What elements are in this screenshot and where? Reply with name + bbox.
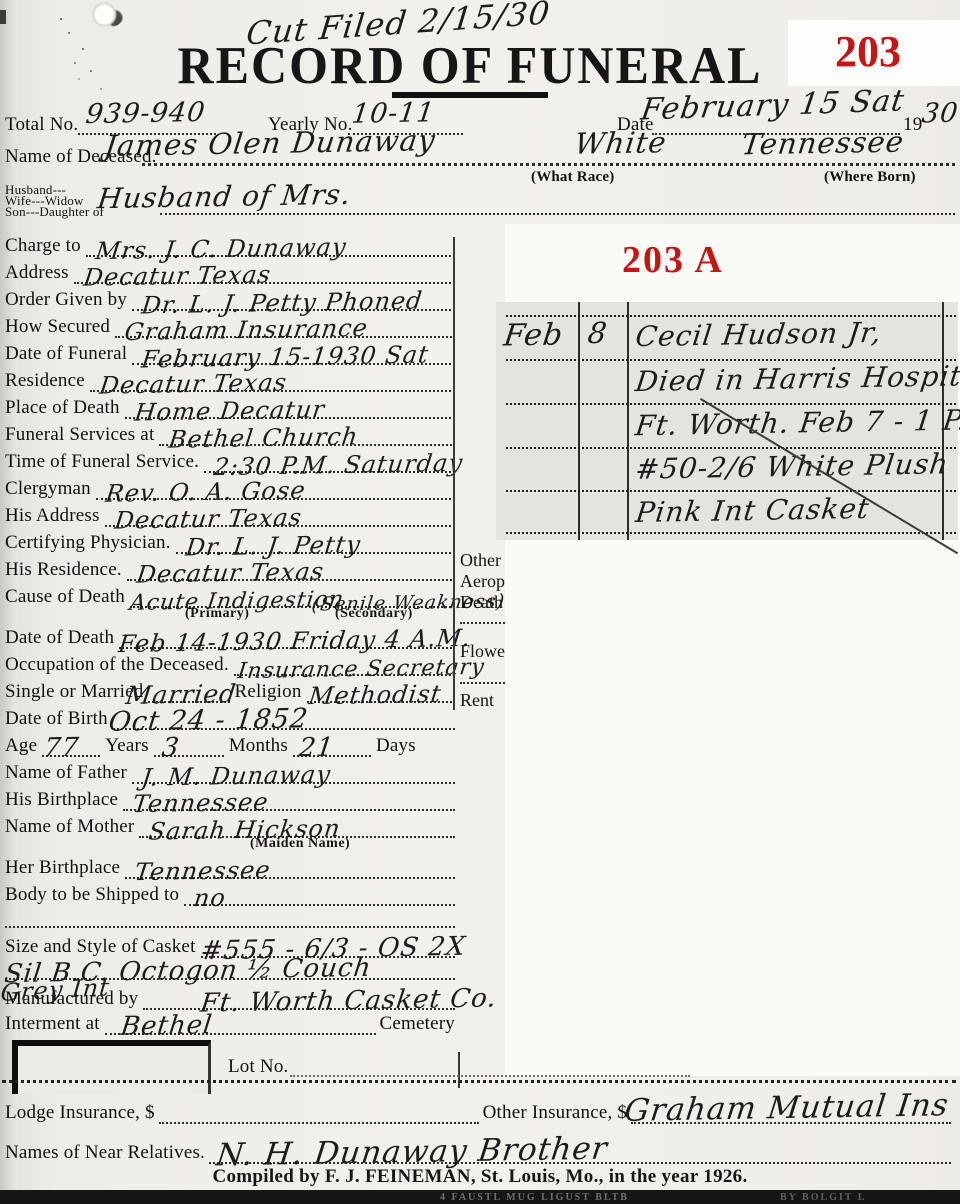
dotted-leader: Graham Mutual Ins bbox=[631, 1098, 951, 1124]
compiled-by-line: Compiled by F. J. FEINEMAN, St. Louis, M… bbox=[0, 1166, 960, 1188]
edge-strip-text-left: 4 FAUSTL MUG LIGUST BLTB bbox=[440, 1192, 629, 1203]
other-insurance-value: Graham Mutual Ins bbox=[623, 1087, 951, 1129]
field-label: Occupation of the Deceased. bbox=[5, 654, 229, 676]
occupation-row: Occupation of the Deceased. Insurance Se… bbox=[5, 649, 455, 676]
dotted-leader: Oct 24 - 1852 bbox=[113, 701, 455, 730]
dotted-leader: Graham Insurance bbox=[115, 309, 455, 338]
interment-value: Bethel bbox=[119, 1010, 214, 1042]
casket-interior-overlay: Grey Int bbox=[0, 973, 111, 1007]
dotted-leader: 3 bbox=[154, 728, 224, 757]
dotted-leader: N. H. Dunaway Brother bbox=[209, 1138, 951, 1164]
field-label: Place of Death bbox=[5, 397, 120, 419]
field-label: Order Given by bbox=[5, 289, 127, 311]
inset-dotted-6 bbox=[506, 532, 956, 534]
field-label: His Residence. bbox=[5, 559, 122, 581]
field-label: His Birthplace bbox=[5, 789, 118, 811]
inset-dotted-5 bbox=[506, 490, 956, 492]
field-label: Date of Birth bbox=[5, 708, 108, 730]
corner-mark bbox=[0, 10, 6, 24]
dotted-leader: February 15-1930 Sat bbox=[132, 336, 455, 365]
field-label: Time of Funeral Service. bbox=[5, 451, 199, 473]
marital-label: Single or Married bbox=[5, 681, 143, 703]
dotted-leader: Home Decatur bbox=[125, 390, 455, 419]
form-field-row: Funeral Services atBethel Church bbox=[5, 419, 455, 446]
lodge-insurance-label: Lodge Insurance, $ bbox=[5, 1102, 155, 1124]
relation-label-son: Son---Daughter of bbox=[5, 206, 104, 217]
cause-of-death-row: Cause of Death Acute Indigestion (Senile… bbox=[5, 581, 455, 608]
date-of-death-row: Date of Death Feb 14-1930 Friday 4 A.M. bbox=[5, 622, 455, 649]
dotted-leader: Tennessee bbox=[123, 782, 455, 811]
field-label: Interment at bbox=[5, 1013, 100, 1035]
funeral-record-scan: Cut Filed 2/15/30 203 RECORD OF FUNERAL … bbox=[0, 0, 960, 1204]
field-label: Body to be Shipped to bbox=[5, 884, 179, 906]
born-value: Tennessee bbox=[740, 125, 906, 162]
total-no-value: 939-940 bbox=[84, 97, 207, 130]
form-field-row: ResidenceDecatur Texas bbox=[5, 365, 455, 392]
form-field-row: ClergymanRev. O. A. Gose bbox=[5, 473, 455, 500]
interment-row: Interment at Bethel Cemetery bbox=[5, 1010, 455, 1035]
rows-parents: Name of FatherJ. M. DunawayHis Birthplac… bbox=[5, 757, 455, 906]
other-insurance-label: Other Insurance, $ bbox=[483, 1102, 627, 1124]
religion-label: Religion bbox=[234, 681, 301, 703]
dotted-leader: Married bbox=[148, 674, 230, 703]
dotted-leader: Mrs. J. C. Dunaway bbox=[86, 228, 455, 257]
field-label: Date of Funeral bbox=[5, 343, 127, 365]
insurance-row: Lodge Insurance, $ Other Insurance, $ Gr… bbox=[5, 1100, 955, 1124]
field-label: His Address bbox=[5, 505, 100, 527]
dotted-leader: no bbox=[184, 877, 455, 906]
age-label: Age bbox=[5, 735, 37, 757]
form-field-row: Name of MotherSarah Hickson bbox=[5, 811, 455, 838]
form-field-row: Body to be Shipped tono bbox=[5, 879, 455, 906]
inset-entry-text: Died in Harris Hospital bbox=[634, 359, 960, 398]
cemetery-label: Cemetery bbox=[380, 1013, 455, 1035]
empty-plot-box bbox=[12, 1040, 211, 1094]
inset-dotted-1 bbox=[506, 315, 956, 317]
dotted-leader: Bethel bbox=[105, 1008, 376, 1035]
form-field-row: His Residence.Decatur Texas bbox=[5, 554, 455, 581]
dotted-leader: Bethel Church bbox=[159, 417, 455, 446]
inset-entry-text: Ft. Worth. Feb 7 - 1 P.M. bbox=[634, 403, 960, 442]
total-no-label: Total No. bbox=[5, 114, 78, 136]
edge-strip-text-right: BY BOLGIT L bbox=[780, 1192, 866, 1203]
inset-entry-text: Pink Int Casket bbox=[634, 492, 872, 529]
dotted-leader: Ft. Worth Casket Co. bbox=[143, 978, 455, 1010]
marital-religion-row: Single or Married Married Religion Metho… bbox=[5, 676, 455, 703]
relation-value: Husband of Mrs. bbox=[96, 178, 353, 215]
form-field-row: Name of FatherJ. M. Dunaway bbox=[5, 757, 455, 784]
form-field-row: Her BirthplaceTennessee bbox=[5, 852, 455, 879]
year-written: 30 bbox=[920, 98, 960, 130]
age-row: Age 77 Years 3 Months 21 Days bbox=[5, 730, 455, 757]
blank-dotted-row bbox=[5, 906, 455, 928]
form-fragment-text: Rent bbox=[460, 690, 494, 711]
relatives-row: Names of Near Relatives. N. H. Dunaway B… bbox=[5, 1140, 955, 1164]
section-dotted-rule bbox=[2, 1072, 956, 1083]
casket-row: Size and Style of Casket #555 - 6/3 - OS… bbox=[5, 928, 455, 958]
dotted-leader bbox=[159, 1098, 479, 1124]
field-label: Cause of Death bbox=[5, 586, 125, 608]
months-label: Months bbox=[229, 735, 288, 757]
fragment-dotted-1 bbox=[460, 608, 505, 624]
inset-rule-2 bbox=[627, 302, 629, 540]
years-label: Years bbox=[105, 735, 148, 757]
form-field-row: Certifying Physician.Dr. L. J. Petty bbox=[5, 527, 455, 554]
inset-table: Feb8Cecil Hudson Jr,Died in Harris Hospi… bbox=[496, 302, 958, 540]
field-label: Residence bbox=[5, 370, 85, 392]
date-of-birth-row: Date of Birth Oct 24 - 1852 bbox=[5, 703, 455, 730]
form-fragment-text: Aerop bbox=[460, 571, 505, 592]
form-field-row: How SecuredGraham Insurance bbox=[5, 311, 455, 338]
form-fragment-text: Flowe bbox=[460, 641, 505, 662]
field-label: Name of Mother bbox=[5, 816, 134, 838]
form-field-row: Time of Funeral Service.2:30 P.M. Saturd… bbox=[5, 446, 455, 473]
dotted-leader: Sarah Hickson bbox=[139, 809, 455, 838]
field-label: Certifying Physician. bbox=[5, 532, 171, 554]
scan-edge-strip: 4 FAUSTL MUG LIGUST BLTB BY BOLGIT L bbox=[0, 1190, 960, 1204]
inset-number-stamp: 203 A bbox=[622, 238, 724, 282]
punch-hole bbox=[90, 2, 124, 28]
field-label: Funeral Services at bbox=[5, 424, 154, 446]
dotted-leader: 2:30 P.M. Saturday bbox=[204, 444, 455, 473]
field-label: Charge to bbox=[5, 235, 81, 257]
column-divider-rule bbox=[453, 237, 455, 710]
form-field-row: Charge toMrs. J. C. Dunaway bbox=[5, 230, 455, 257]
field-label: Size and Style of Casket bbox=[5, 936, 196, 958]
inset-entry-text: Cecil Hudson Jr, bbox=[634, 316, 884, 353]
deceased-name-value: James Olen Dunaway bbox=[103, 123, 438, 163]
dotted-leader: Acute Indigestion (Senile Weakness) bbox=[130, 579, 455, 608]
form-field-row: His AddressDecatur Texas bbox=[5, 500, 455, 527]
inset-rule-1 bbox=[578, 302, 580, 540]
days-label: Days bbox=[376, 735, 416, 757]
dotted-leader: 21 bbox=[293, 728, 371, 757]
inset-month-value: Feb bbox=[502, 317, 566, 353]
manufactured-row: Grey Int Manufactured by Ft. Worth Caske… bbox=[5, 980, 455, 1010]
dotted-leader: Decatur Texas bbox=[74, 255, 455, 284]
form-field-row: His BirthplaceTennessee bbox=[5, 784, 455, 811]
form-fields-column: Charge toMrs. J. C. DunawayAddressDecatu… bbox=[5, 230, 455, 1035]
rows-top: Charge toMrs. J. C. DunawayAddressDecatu… bbox=[5, 230, 455, 581]
relatives-label: Names of Near Relatives. bbox=[5, 1142, 205, 1164]
dotted-leader: Decatur Texas bbox=[127, 552, 455, 581]
dotted-leader bbox=[5, 904, 455, 928]
form-field-row: Place of DeathHome Decatur bbox=[5, 392, 455, 419]
dotted-leader: Dr. L. J. Petty bbox=[176, 525, 455, 554]
dotted-leader: Feb 14-1930 Friday 4 A.M. bbox=[119, 620, 455, 649]
dotted-leader: Decatur Texas bbox=[105, 498, 455, 527]
born-sublabel: (Where Born) bbox=[824, 166, 916, 188]
form-fragment-text: Other bbox=[460, 550, 501, 571]
dotted-leader: 77 bbox=[42, 728, 100, 757]
dotted-leader: Insurance Secretary bbox=[234, 647, 455, 676]
dotted-leader: Rev. O. A. Gose bbox=[96, 471, 455, 500]
field-label: Address bbox=[5, 262, 69, 284]
dotted-leader: J. M. Dunaway bbox=[132, 755, 455, 784]
dotted-leader: Decatur Texas bbox=[90, 363, 455, 392]
dotted-leader: Dr. L. J. Petty Phoned bbox=[132, 282, 455, 311]
inset-day-value: 8 bbox=[586, 316, 610, 350]
field-label: Clergyman bbox=[5, 478, 91, 500]
form-field-row: Date of FuneralFebruary 15-1930 Sat bbox=[5, 338, 455, 365]
fragment-dotted-2 bbox=[460, 668, 505, 684]
form-field-row: AddressDecatur Texas bbox=[5, 257, 455, 284]
dotted-leader: Methodist bbox=[307, 674, 455, 703]
form-field-row: Order Given byDr. L. J. Petty Phoned bbox=[5, 284, 455, 311]
race-value: White bbox=[573, 125, 669, 161]
field-label: Date of Death bbox=[5, 627, 114, 649]
field-label: How Secured bbox=[5, 316, 110, 338]
field-label: Her Birthplace bbox=[5, 857, 120, 879]
race-sublabel: (What Race) bbox=[531, 166, 614, 188]
dotted-leader: Tennessee bbox=[125, 850, 455, 879]
field-label: Name of Father bbox=[5, 762, 127, 784]
ink-speckles bbox=[60, 18, 62, 20]
